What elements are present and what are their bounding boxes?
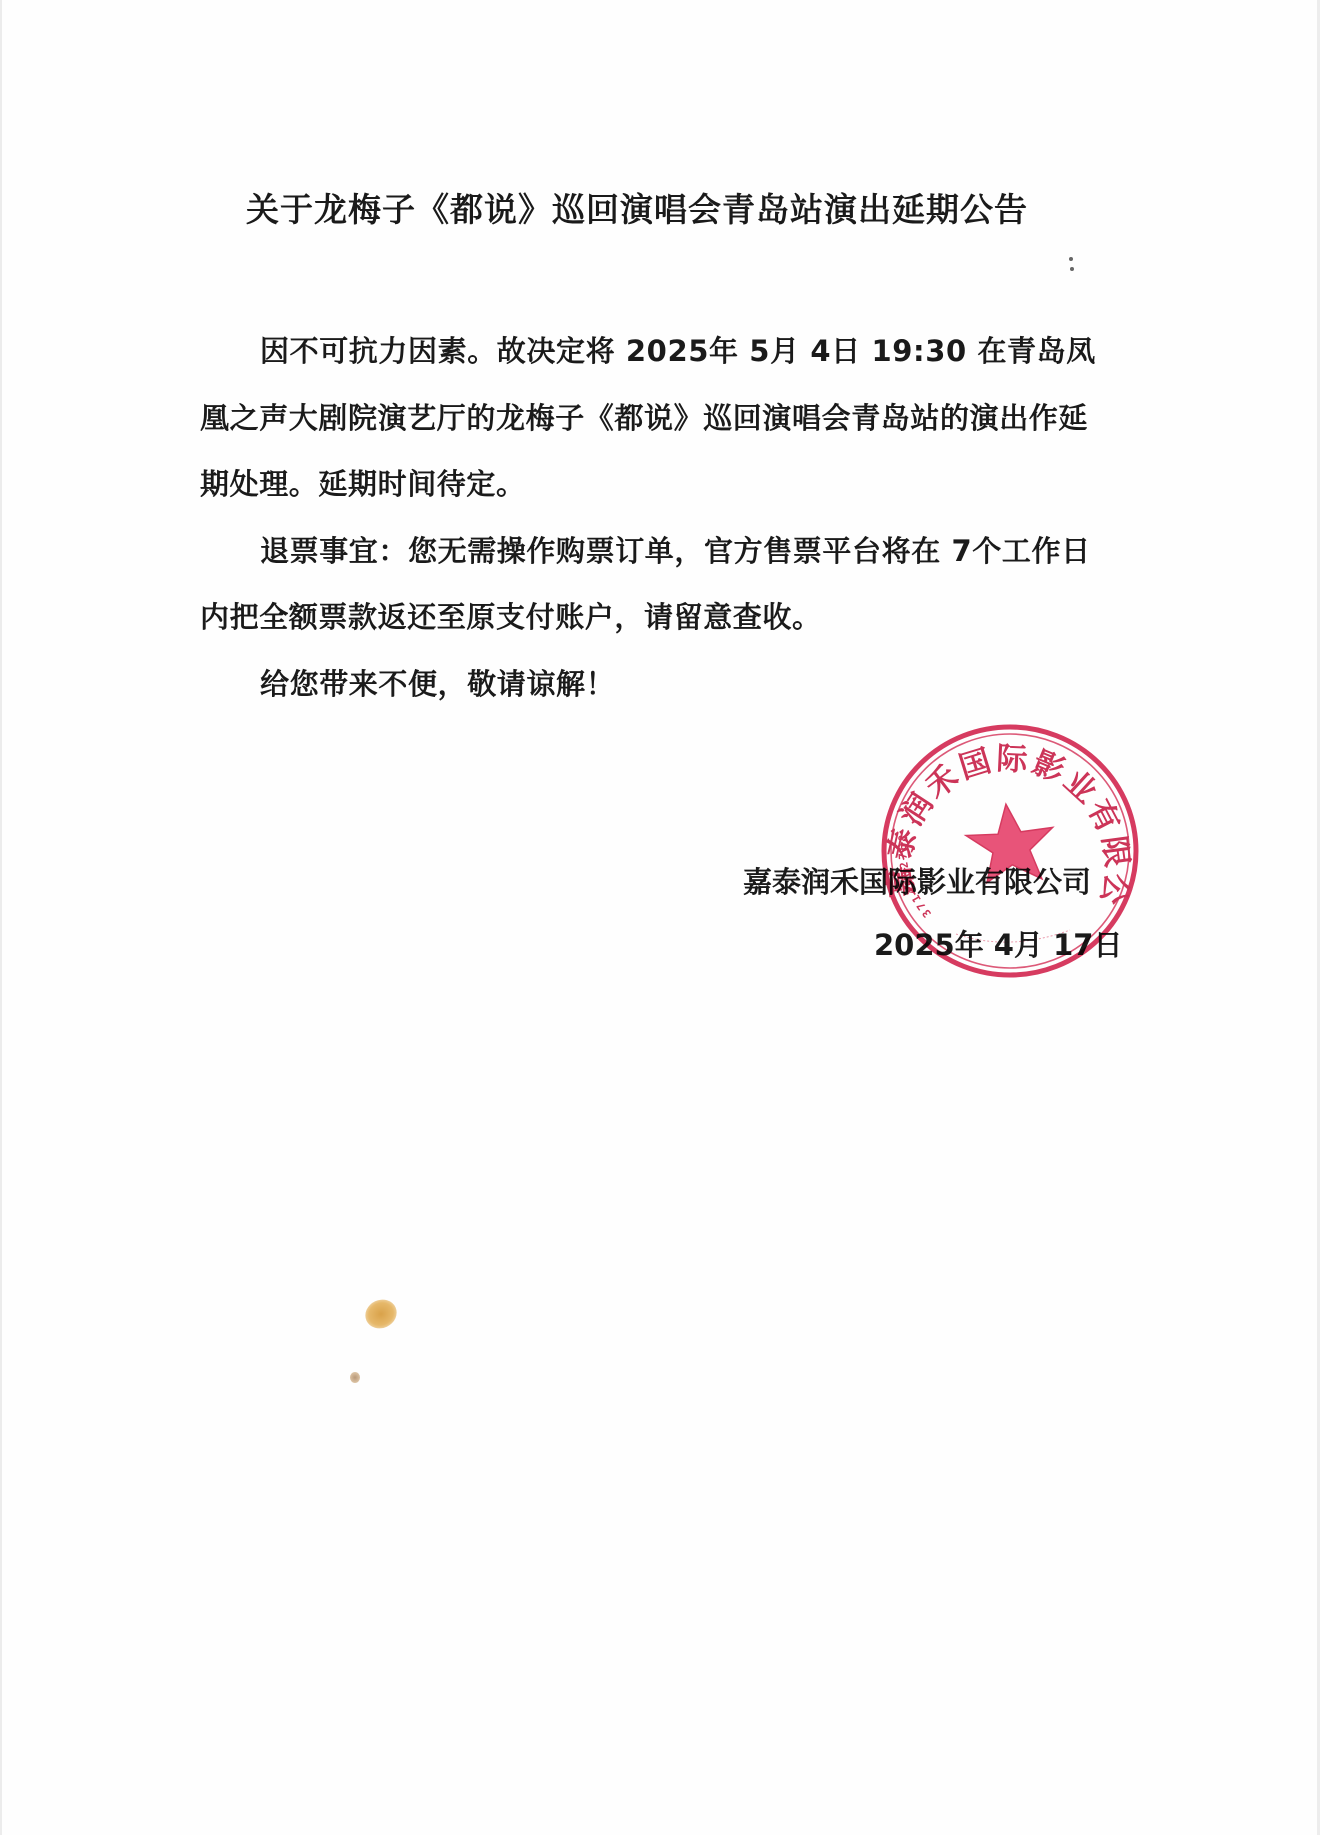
- notice-body: 因不可抗力因素。故决定将 2025年 5月 4日 19:30 在青岛凤凰之声大剧…: [200, 318, 1100, 717]
- paper-stain-dot: [350, 1372, 360, 1383]
- scan-speck: [1070, 267, 1074, 271]
- paragraph-apology: 给您带来不便，敬请谅解！: [200, 651, 1100, 718]
- seal-star-icon: [963, 800, 1058, 887]
- notice-title: 关于龙梅子《都说》巡回演唱会青岛站演出延期公告: [246, 188, 1056, 232]
- paragraph-postponement: 因不可抗力因素。故决定将 2025年 5月 4日 19:30 在青岛凤凰之声大剧…: [200, 318, 1100, 518]
- paper-stain: [361, 1295, 402, 1334]
- company-seal-icon: 嘉泰润禾国际影业有限公司 3714002768: [878, 720, 1143, 982]
- scan-speck: [1069, 257, 1073, 261]
- scan-edge-left: [0, 0, 2, 1835]
- document-page: 关于龙梅子《都说》巡回演唱会青岛站演出延期公告 因不可抗力因素。故决定将 202…: [0, 0, 1320, 1835]
- paragraph-refund: 退票事宜：您无需操作购票订单，官方售票平台将在 7个工作日内把全额票款返还至原支…: [200, 518, 1100, 651]
